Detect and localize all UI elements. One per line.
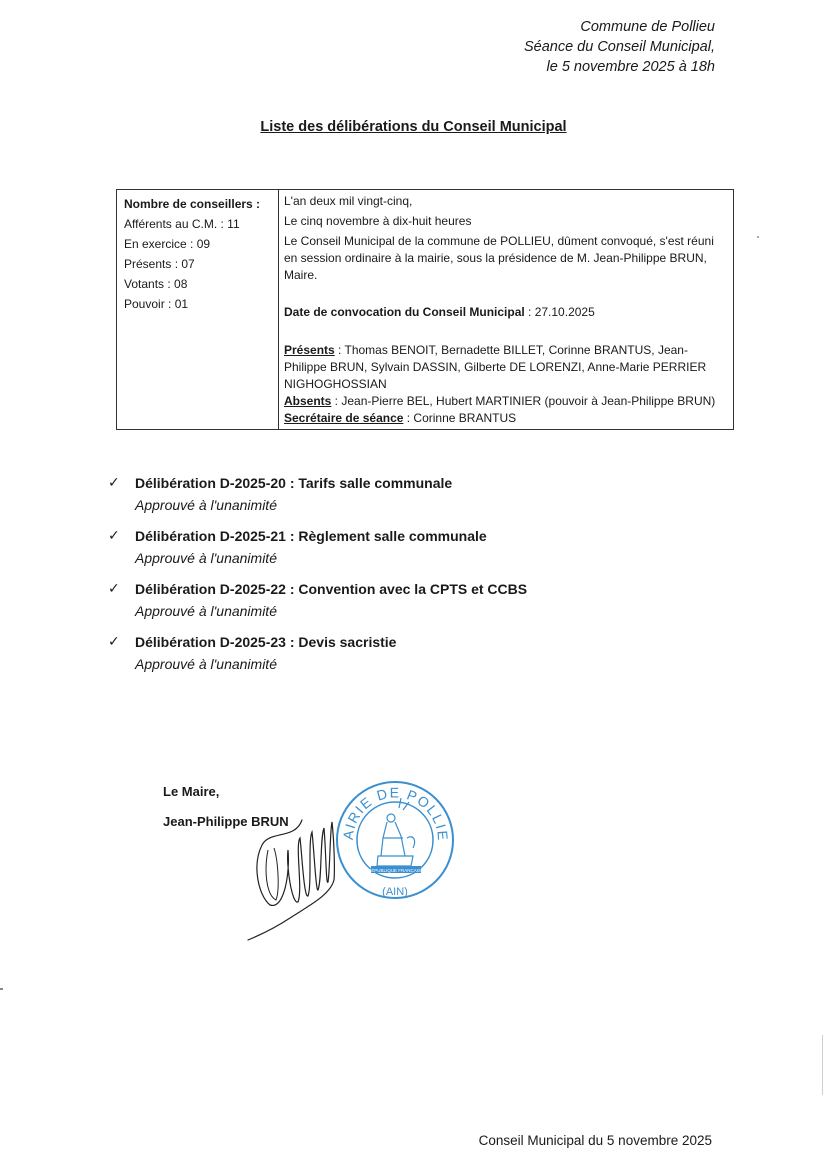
- document-header: Commune de Pollieu Séance du Conseil Mun…: [524, 17, 715, 77]
- count-presents: Présents : 07: [124, 254, 278, 274]
- deliberation-title: Délibération D-2025-23 : Devis sacristie: [135, 634, 396, 650]
- count-en-exercice: En exercice : 09: [124, 234, 278, 254]
- session-description: Le Conseil Municipal de la commune de PO…: [284, 233, 723, 284]
- header-date: le 5 novembre 2025 à 18h: [524, 57, 715, 77]
- deliberation-item: ✓ Délibération D-2025-23 : Devis sacrist…: [108, 632, 708, 685]
- checkmark-icon: ✓: [108, 633, 120, 650]
- page-title: Liste des délibérations du Conseil Munic…: [260, 119, 566, 135]
- scan-artifact: [822, 1035, 823, 1095]
- deliberation-title: Délibération D-2025-20 : Tarifs salle co…: [135, 475, 452, 491]
- deliberation-status: Approuvé à l'unanimité: [135, 603, 277, 619]
- deliberation-title: Délibération D-2025-22 : Convention avec…: [135, 581, 527, 597]
- count-pouvoir: Pouvoir : 01: [124, 294, 278, 314]
- convocation-value: : 27.10.2025: [525, 305, 595, 319]
- secretaire-value: : Corinne BRANTUS: [403, 411, 516, 425]
- scan-artifact: [757, 236, 759, 238]
- stamp-banner-text: RÉPUBLIQUE FRANÇAISE: [368, 867, 424, 873]
- deliberation-status: Approuvé à l'unanimité: [135, 497, 277, 513]
- deliberation-item: ✓ Délibération D-2025-20 : Tarifs salle …: [108, 473, 708, 526]
- presents-value: : Thomas BENOIT, Bernadette BILLET, Cori…: [284, 343, 706, 391]
- absents-list: Absents : Jean-Pierre BEL, Hubert MARTIN…: [284, 393, 723, 410]
- session-details-column: L'an deux mil vingt-cinq, Le cinq novemb…: [279, 190, 733, 429]
- checkmark-icon: ✓: [108, 474, 120, 491]
- signer-role: Le Maire,: [163, 777, 289, 807]
- deliberation-title: Délibération D-2025-21 : Règlement salle…: [135, 528, 487, 544]
- deliberation-item: ✓ Délibération D-2025-21 : Règlement sal…: [108, 526, 708, 579]
- secretaire-line: Secrétaire de séance : Corinne BRANTUS: [284, 410, 723, 427]
- convocation-label: Date de convocation du Conseil Municipal: [284, 305, 525, 319]
- secretaire-label: Secrétaire de séance: [284, 411, 403, 425]
- stamp-top-text: MAIRIE DE POLLIEU: [333, 778, 451, 842]
- svg-text:MAIRIE DE POLLIEU: MAIRIE DE POLLIEU: [333, 778, 451, 842]
- marianne-emblem-icon: [377, 798, 415, 866]
- councillor-count-heading: Nombre de conseillers :: [124, 194, 278, 214]
- page-title-wrapper: Liste des délibérations du Conseil Munic…: [0, 118, 827, 136]
- councillor-count-column: Nombre de conseillers : Afférents au C.M…: [117, 190, 279, 429]
- checkmark-icon: ✓: [108, 580, 120, 597]
- absents-value: : Jean-Pierre BEL, Hubert MARTINIER (pou…: [331, 394, 715, 408]
- deliberation-status: Approuvé à l'unanimité: [135, 656, 277, 672]
- deliberation-status: Approuvé à l'unanimité: [135, 550, 277, 566]
- mairie-stamp: MAIRIE DE POLLIEU (AIN) RÉPUBLIQUE FRANÇ…: [333, 778, 458, 903]
- presents-list: Présents : Thomas BENOIT, Bernadette BIL…: [284, 342, 723, 393]
- count-afferents: Afférents au C.M. : 11: [124, 214, 278, 234]
- council-info-table: Nombre de conseillers : Afférents au C.M…: [116, 189, 734, 430]
- presents-label: Présents: [284, 343, 335, 357]
- header-commune: Commune de Pollieu: [524, 17, 715, 37]
- count-votants: Votants : 08: [124, 274, 278, 294]
- header-seance: Séance du Conseil Municipal,: [524, 37, 715, 57]
- checkmark-icon: ✓: [108, 527, 120, 544]
- deliberation-item: ✓ Délibération D-2025-22 : Convention av…: [108, 579, 708, 632]
- stamp-bottom-text: (AIN): [382, 886, 408, 898]
- convocation-date: Date de convocation du Conseil Municipal…: [284, 304, 723, 321]
- document-page: Commune de Pollieu Séance du Conseil Mun…: [0, 0, 827, 1169]
- absents-label: Absents: [284, 394, 331, 408]
- deliberations-list: ✓ Délibération D-2025-20 : Tarifs salle …: [108, 473, 708, 685]
- session-year: L'an deux mil vingt-cinq,: [284, 193, 723, 210]
- session-time: Le cinq novembre à dix-huit heures: [284, 213, 723, 230]
- page-footer: Conseil Municipal du 5 novembre 2025: [479, 1133, 712, 1148]
- scan-artifact: [0, 988, 3, 990]
